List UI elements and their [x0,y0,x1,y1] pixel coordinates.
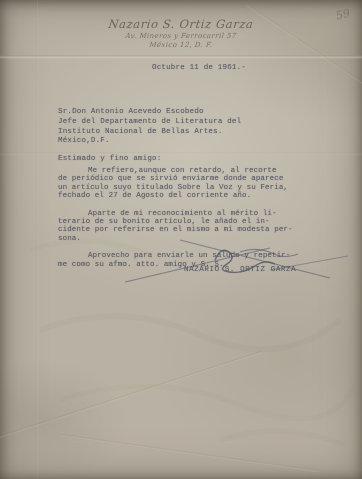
signature-typed-name: NAZARIO S. ORTIZ GARZA [184,266,296,274]
paragraph: Me refiero,aunque con retardo, al recort… [58,167,314,201]
letter-scan: 59 Nazario S. Ortiz Garza Av. Mineros y … [0,0,362,479]
horizontal-fold-crease [0,152,362,155]
letterhead-name: Nazario S. Ortiz Garza [0,17,362,31]
recipient-line: México,D.F. [58,137,241,147]
body-line: Aprovecho para enviarle un saludo y repe… [58,252,314,260]
body-line: un artículo suyo titulado Sobre la Voz y… [58,184,314,192]
diagonal-crease [0,351,262,452]
body-line: de periódico que se sirvió enviarme dond… [58,175,314,183]
body-line: fechado el 27 de Agosto del corriente añ… [58,192,314,200]
vertical-crease [36,0,38,479]
paragraph: Aparte de mi reconocimiento al mérito li… [58,210,314,244]
salutation: Estimado y fino amigo: [58,155,161,163]
body-line: sona. [58,235,314,243]
recipient-block: Sr.Don Antonio Acevedo Escobedo Jefe del… [58,108,241,147]
body-line: cidente por referirse en el mismo a mi m… [58,226,314,234]
letter-date: Octubre 11 de 1961.- [152,64,246,72]
recipient-line: Sr.Don Antonio Acevedo Escobedo [58,108,241,118]
recipient-line: Jefe del Departamento de Literatura del [58,118,241,128]
letterhead-address-line2: México 12, D. F. [0,41,362,49]
letterhead-address-line1: Av. Mineros y Ferrocarril 57 [0,32,362,40]
letter-body: Me refiero,aunque con retardo, al recort… [58,167,314,278]
recipient-line: Instituto Nacional de Bellas Artes. [58,128,241,138]
letterhead: Nazario S. Ortiz Garza Av. Mineros y Fer… [0,17,362,49]
diagonal-crease [61,434,319,472]
horizontal-fold-crease [0,55,362,59]
body-line: Aparte de mi reconocimiento al mérito li… [58,210,314,218]
